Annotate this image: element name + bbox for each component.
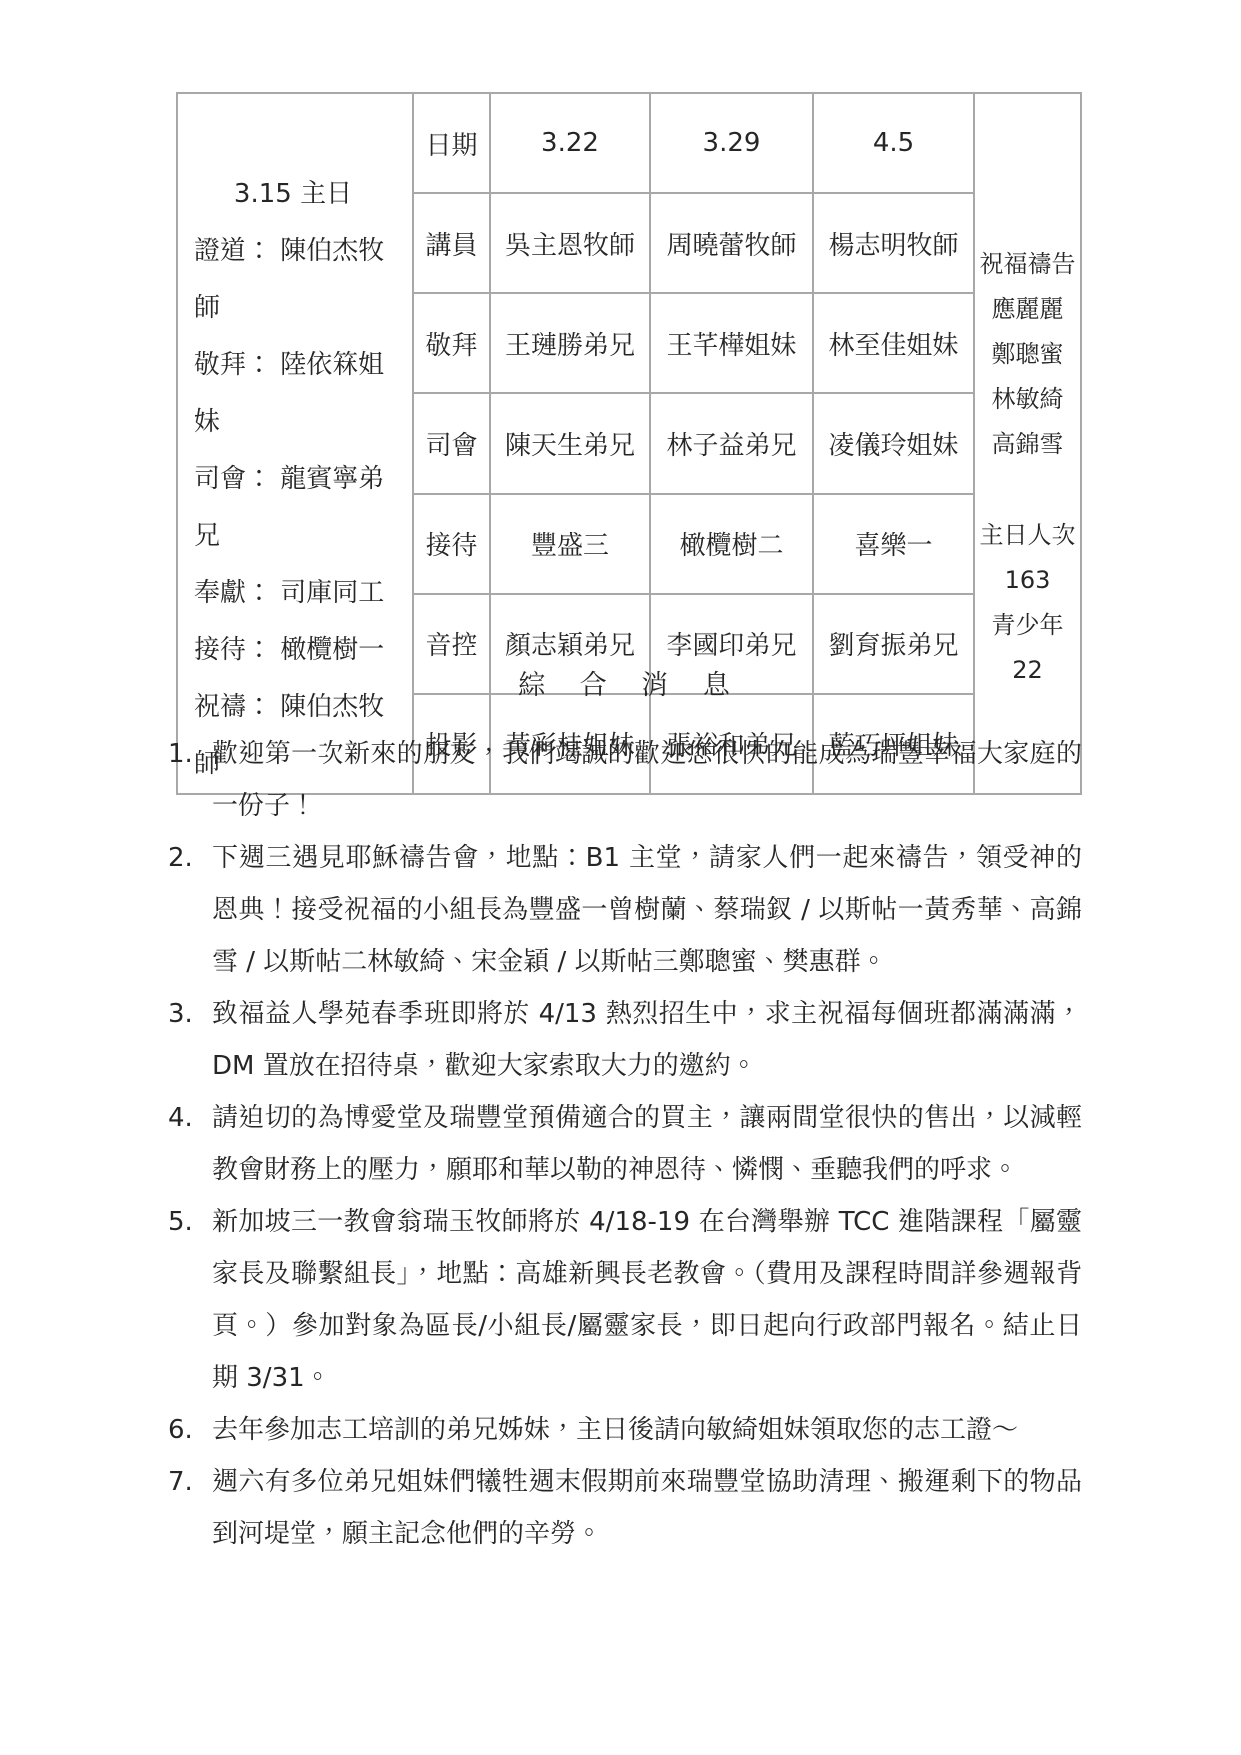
bulletin-page: 3.15 主日 證道： 陳伯杰牧師 敬拜： 陸依箖姐妹 司會： 龍賓寧弟兄 奉獻… xyxy=(0,0,1241,1755)
schedule-cell: 凌儀玲姐妹 xyxy=(813,393,974,493)
blessing-prayer-name: 應麗麗 xyxy=(975,287,1080,332)
attendance-label: 主日人次 xyxy=(975,513,1080,558)
attendance-count: 163 xyxy=(975,558,1080,603)
row-label-chair: 司會 xyxy=(413,393,490,493)
service-role-line: 司會： 龍賓寧弟兄 xyxy=(194,451,406,565)
announcement-item: 週六有多位弟兄姐妹們犧牲週末假期前來瑞豐堂協助清理、搬運剩下的物品到河堤堂，願主… xyxy=(168,1456,1082,1560)
schedule-cell: 喜樂一 xyxy=(813,494,974,594)
date-header-cell: 3.22 xyxy=(490,93,650,193)
service-role-line: 敬拜： 陸依箖姐妹 xyxy=(194,337,406,451)
service-date-title: 3.15 主日 xyxy=(194,166,406,223)
row-label-worship: 敬拜 xyxy=(413,293,490,393)
blessing-prayer-name: 鄭聰蜜 xyxy=(975,332,1080,377)
row-label-speaker: 講員 xyxy=(413,193,490,293)
blessing-prayer-name: 林敏綺 xyxy=(975,377,1080,422)
youth-label: 青少年 xyxy=(975,603,1080,648)
table-row: 3.15 主日 證道： 陳伯杰牧師 敬拜： 陸依箖姐妹 司會： 龍賓寧弟兄 奉獻… xyxy=(177,93,1081,193)
blessing-prayer-content: 祝福禱告 應麗麗 鄭聰蜜 林敏綺 高錦雪 主日人次 163 青少年 22 xyxy=(975,194,1080,693)
schedule-cell: 楊志明牧師 xyxy=(813,193,974,293)
schedule-cell: 陳天生弟兄 xyxy=(490,393,650,493)
announcement-item: 歡迎第一次新來的朋友，我們竭誠的歡迎您很快的能成為瑞豐幸福大家庭的一份子！ xyxy=(168,728,1082,832)
announcement-item: 下週三遇見耶穌禱告會，地點：B1 主堂，請家人們一起來禱告，領受神的恩典！接受祝… xyxy=(168,832,1082,988)
schedule-cell: 橄欖樹二 xyxy=(650,494,813,594)
announcements-list: 歡迎第一次新來的朋友，我們竭誠的歡迎您很快的能成為瑞豐幸福大家庭的一份子！ 下週… xyxy=(168,728,1082,1560)
announcements-title: 綜 合 消 息 xyxy=(168,660,1082,712)
schedule-cell: 周曉蕾牧師 xyxy=(650,193,813,293)
date-header-cell: 3.29 xyxy=(650,93,813,193)
row-label-date: 日期 xyxy=(413,93,490,193)
schedule-cell: 王芊樺姐妹 xyxy=(650,293,813,393)
date-header-cell: 4.5 xyxy=(813,93,974,193)
announcement-item: 新加坡三一教會翁瑞玉牧師將於 4/18-19 在台灣舉辦 TCC 進階課程「屬靈… xyxy=(168,1196,1082,1404)
announcement-item: 致福益人學苑春季班即將於 4/13 熱烈招生中，求主祝福每個班都滿滿滿，DM 置… xyxy=(168,988,1082,1092)
schedule-cell: 林子益弟兄 xyxy=(650,393,813,493)
service-role-line: 證道： 陳伯杰牧師 xyxy=(194,223,406,337)
service-role-line: 奉獻： 司庫同工 xyxy=(194,565,406,622)
row-label-reception: 接待 xyxy=(413,494,490,594)
blessing-prayer-name: 高錦雪 xyxy=(975,422,1080,467)
schedule-cell: 林至佳姐妹 xyxy=(813,293,974,393)
announcement-item: 請迫切的為博愛堂及瑞豐堂預備適合的買主，讓兩間堂很快的售出，以減輕教會財務上的壓… xyxy=(168,1092,1082,1196)
announcement-item: 去年參加志工培訓的弟兄姊妹，主日後請向敏綺姐妹領取您的志工證～ xyxy=(168,1404,1082,1456)
schedule-cell: 吳主恩牧師 xyxy=(490,193,650,293)
schedule-cell: 王璉勝弟兄 xyxy=(490,293,650,393)
schedule-cell: 豐盛三 xyxy=(490,494,650,594)
blessing-prayer-title: 祝福禱告 xyxy=(975,242,1080,287)
announcements-section: 綜 合 消 息 歡迎第一次新來的朋友，我們竭誠的歡迎您很快的能成為瑞豐幸福大家庭… xyxy=(168,660,1082,1560)
